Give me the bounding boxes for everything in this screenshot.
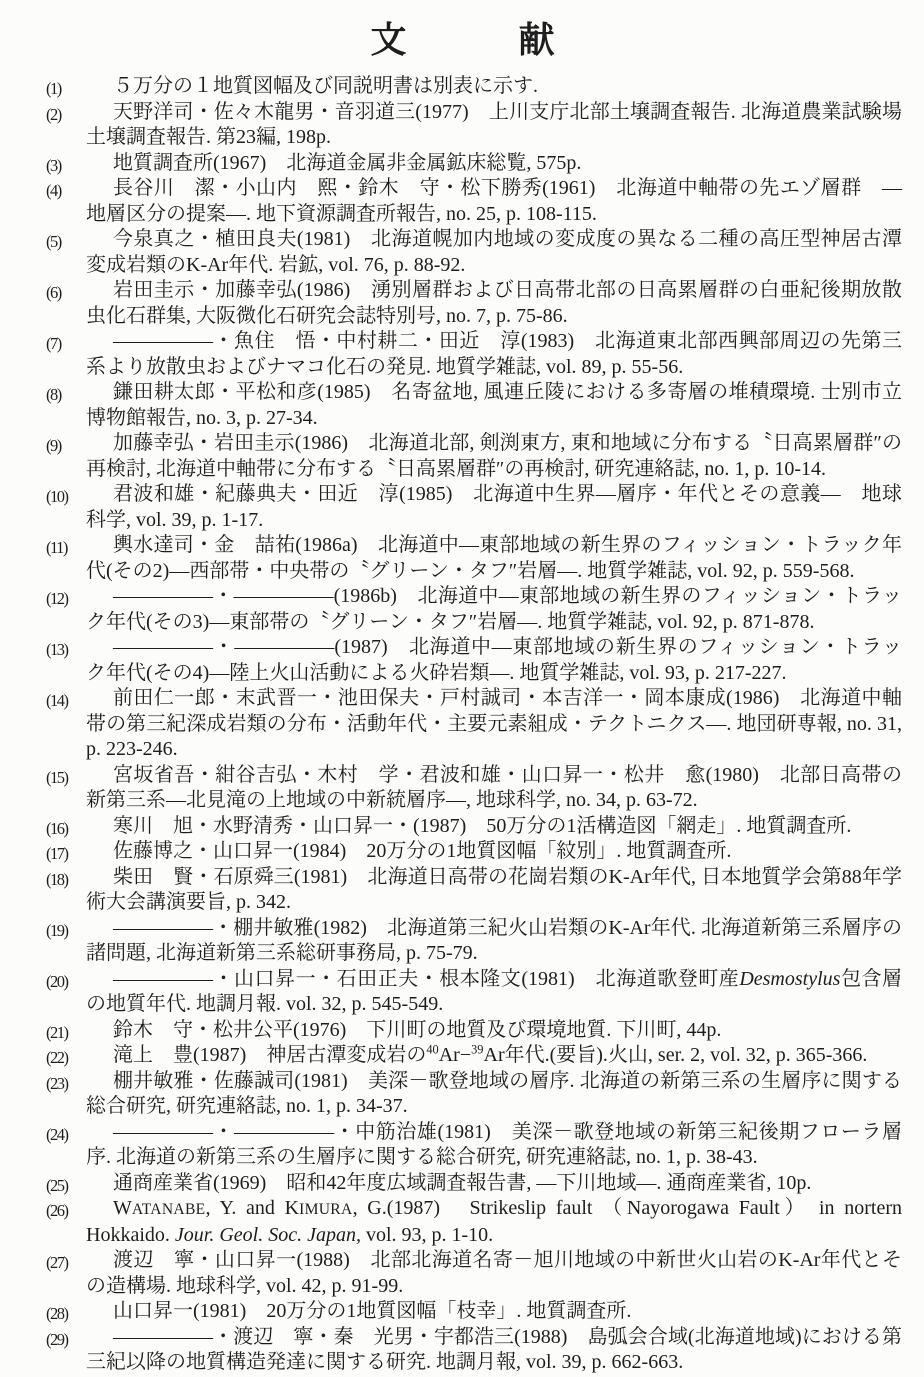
reference-text-run: 滝上 豊(1987) 神居古潭変成岩の <box>113 1044 426 1066</box>
reference-number: (17) <box>46 841 84 867</box>
reference-number: (29) <box>46 1327 84 1353</box>
reference-item: (5)今泉真之・植田良夫(1981) 北海道幌加内地域の変成度の異なる二種の高圧… <box>46 227 902 278</box>
reference-item: (22)滝上 豊(1987) 神居古潭変成岩の40Ar−39Ar年代.(要旨).… <box>46 1043 902 1069</box>
reference-number: (24) <box>46 1122 84 1148</box>
reference-text-run: 鎌田耕太郎・平松和彦(1985) 名寄盆地, 風連丘陵における多寄層の堆積環境.… <box>86 381 902 429</box>
reference-text-run: , Y. and K <box>206 1197 300 1219</box>
reference-text-run: IMURA <box>299 1201 352 1218</box>
reference-text: ―――――・山口昇一・石田正夫・根本隆文(1981) 北海道歌登町産Desmos… <box>86 968 902 1016</box>
reference-text-run: ―――――・渡辺 寧・秦 光男・宇都浩三(1988) 島弧会合域(北海道地域)に… <box>86 1326 902 1374</box>
reference-number: (15) <box>46 765 84 791</box>
reference-text-run: 40 <box>426 1042 438 1056</box>
reference-text-run: ５万分の１地質図幅及び同説明書は別表に示す. <box>113 75 538 97</box>
reference-text-run: 前田仁一郎・末武晋一・池田保夫・戸村誠司・本吉洋一・岡本康成(1986) 北海道… <box>86 687 902 760</box>
reference-text-run: 寒川 旭・水野清秀・山口昇一・(1987) 50万分の1活構造図「網走」. 地質… <box>113 815 851 837</box>
reference-item: (11)輿水達司・金 喆祐(1986a) 北海道中―東部地域の新生界のフィッショ… <box>46 533 902 584</box>
reference-number: (4) <box>46 178 84 204</box>
reference-number: (14) <box>46 688 84 714</box>
scanned-bibliography-page: { "page": { "title": "文 献", "background"… <box>0 0 924 1377</box>
reference-text-run: ATANABE <box>132 1201 206 1218</box>
reference-number: (5) <box>46 229 84 255</box>
reference-text-run: 棚井敏雅・佐藤誠司(1981) 美深－歌登地域の層序. 北海道の新第三系の生層序… <box>86 1070 902 1118</box>
reference-text: 今泉真之・植田良夫(1981) 北海道幌加内地域の変成度の異なる二種の高圧型神居… <box>86 228 902 276</box>
reference-item: (21)鈴木 守・松井公平(1976) 下川町の地質及び環境地質. 下川町, 4… <box>46 1018 902 1044</box>
reference-text: 加藤幸弘・岩田圭示(1986) 北海道北部, 剣渕東方, 東和地域に分布する〝日… <box>86 432 902 480</box>
reference-number: (27) <box>46 1250 84 1276</box>
reference-text-run: 長谷川 潔・小山内 熙・鈴木 守・松下勝秀(1961) 北海道中軸帯の先エゾ層群… <box>86 177 902 225</box>
reference-text: ５万分の１地質図幅及び同説明書は別表に示す. <box>113 75 538 97</box>
reference-item: (7)―――――・魚住 悟・中村耕二・田近 淳(1983) 北海道東北部西興部周… <box>46 329 902 380</box>
reference-text-run: vol. 93, p. 1-10. <box>361 1224 493 1246</box>
reference-text: 前田仁一郎・末武晋一・池田保夫・戸村誠司・本吉洋一・岡本康成(1986) 北海道… <box>86 687 902 760</box>
reference-item: (20)―――――・山口昇一・石田正夫・根本隆文(1981) 北海道歌登町産De… <box>46 967 902 1018</box>
reference-text-run: Ar− <box>439 1044 471 1066</box>
reference-text: 山口昇一(1981) 20万分の1地質図幅「枝幸」. 地質調査所. <box>113 1300 631 1322</box>
reference-number: (8) <box>46 382 84 408</box>
reference-item: (28)山口昇一(1981) 20万分の1地質図幅「枝幸」. 地質調査所. <box>46 1299 902 1325</box>
reference-text-run: 佐藤博之・山口昇一(1984) 20万分の1地質図幅「紋別」. 地質調査所. <box>113 840 731 862</box>
reference-text-run: ―――――・―――――(1987) 北海道中―東部地域の新生界のフィッション・ト… <box>86 636 902 684</box>
reference-text-run: 岩田圭示・加藤幸弘(1986) 湧別層群および日高帯北部の日高累層群の白亜紀後期… <box>86 279 902 327</box>
reference-text-run: 通商産業省(1969) 昭和42年度広域調査報告書, ―下川地域―. 通商産業省… <box>113 1172 811 1194</box>
reference-item: (9)加藤幸弘・岩田圭示(1986) 北海道北部, 剣渕東方, 東和地域に分布す… <box>46 431 902 482</box>
reference-item: (15)宮坂省吾・紺谷吉弘・木村 学・君波和雄・山口昇一・松井 愈(1980) … <box>46 763 902 814</box>
reference-text: ―――――・魚住 悟・中村耕二・田近 淳(1983) 北海道東北部西興部周辺の先… <box>86 330 902 378</box>
reference-item: (19)―――――・棚井敏雅(1982) 北海道第三紀火山岩類のK-Ar年代. … <box>46 916 902 967</box>
reference-number: (21) <box>46 1020 84 1046</box>
reference-text: ―――――・渡辺 寧・秦 光男・宇都浩三(1988) 島弧会合域(北海道地域)に… <box>86 1326 902 1374</box>
reference-text-run: 山口昇一(1981) 20万分の1地質図幅「枝幸」. 地質調査所. <box>113 1300 631 1322</box>
reference-item: (18)柴田 賢・石原舜三(1981) 北海道日高帯の花崗岩類のK-Ar年代, … <box>46 865 902 916</box>
reference-number: (25) <box>46 1173 84 1199</box>
reference-number: (26) <box>46 1198 84 1224</box>
reference-number: (16) <box>46 816 84 842</box>
reference-item: (14)前田仁一郎・末武晋一・池田保夫・戸村誠司・本吉洋一・岡本康成(1986)… <box>46 686 902 763</box>
reference-item: (24)―――――・―――――・中筋治雄(1981) 美深－歌登地域の新第三紀後… <box>46 1120 902 1171</box>
reference-text-run: 渡辺 寧・山口昇一(1988) 北部北海道名寄－旭川地域の中新世火山岩のK-Ar… <box>86 1249 902 1297</box>
reference-item: (13)―――――・―――――(1987) 北海道中―東部地域の新生界のフィッシ… <box>46 635 902 686</box>
reference-number: (11) <box>46 535 84 561</box>
reference-number: (3) <box>46 153 84 179</box>
reference-text-run: 39 <box>471 1042 483 1056</box>
reference-item: (29)―――――・渡辺 寧・秦 光男・宇都浩三(1988) 島弧会合域(北海道… <box>46 1325 902 1376</box>
reference-number: (7) <box>46 331 84 357</box>
reference-number: (6) <box>46 280 84 306</box>
reference-text: WATANABE, Y. and KIMURA, G.(1987) Strike… <box>86 1197 902 1246</box>
reference-text-run: Desmostylus <box>739 968 840 990</box>
reference-text: 棚井敏雅・佐藤誠司(1981) 美深－歌登地域の層序. 北海道の新第三系の生層序… <box>86 1070 902 1118</box>
reference-item: (1)５万分の１地質図幅及び同説明書は別表に示す. <box>46 74 902 100</box>
reference-number: (10) <box>46 484 84 510</box>
reference-text-run: 輿水達司・金 喆祐(1986a) 北海道中―東部地域の新生界のフィッション・トラ… <box>86 534 902 582</box>
reference-item: (10)君波和雄・紀藤典夫・田近 淳(1985) 北海道中生界―層序・年代とその… <box>46 482 902 533</box>
reference-text-run: 地質調査所(1967) 北海道金属非金属鉱床総覧, 575p. <box>113 152 581 174</box>
reference-number: (23) <box>46 1071 84 1097</box>
reference-text-run: 君波和雄・紀藤典夫・田近 淳(1985) 北海道中生界―層序・年代とその意義― … <box>86 483 902 531</box>
reference-item: (16)寒川 旭・水野清秀・山口昇一・(1987) 50万分の1活構造図「網走」… <box>46 814 902 840</box>
reference-text: ―――――・―――――・中筋治雄(1981) 美深－歌登地域の新第三紀後期フロー… <box>86 1121 902 1169</box>
reference-number: (9) <box>46 433 84 459</box>
reference-text: 天野洋司・佐々木龍男・音羽道三(1977) 上川支庁北部土壌調査報告. 北海道農… <box>86 101 902 149</box>
reference-text: 柴田 賢・石原舜三(1981) 北海道日高帯の花崗岩類のK-Ar年代, 日本地質… <box>86 866 902 914</box>
reference-text-run: Jour. Geol. Soc. Japan, <box>175 1224 361 1246</box>
reference-text-run: ―――――・―――――・中筋治雄(1981) 美深－歌登地域の新第三紀後期フロー… <box>86 1121 902 1169</box>
reference-item: (17)佐藤博之・山口昇一(1984) 20万分の1地質図幅「紋別」. 地質調査… <box>46 839 902 865</box>
reference-text-run: ―――――・魚住 悟・中村耕二・田近 淳(1983) 北海道東北部西興部周辺の先… <box>86 330 902 378</box>
page-title: 文 献 <box>46 20 880 60</box>
reference-text: ―――――・―――――(1986b) 北海道中―東部地域の新生界のフィッション・… <box>86 585 902 633</box>
reference-number: (28) <box>46 1301 84 1327</box>
reference-number: (22) <box>46 1045 84 1071</box>
reference-text-run: 宮坂省吾・紺谷吉弘・木村 学・君波和雄・山口昇一・松井 愈(1980) 北部日高… <box>86 764 902 812</box>
reference-text: 通商産業省(1969) 昭和42年度広域調査報告書, ―下川地域―. 通商産業省… <box>113 1172 811 1194</box>
reference-text: 佐藤博之・山口昇一(1984) 20万分の1地質図幅「紋別」. 地質調査所. <box>113 840 731 862</box>
reference-item: (4)長谷川 潔・小山内 熙・鈴木 守・松下勝秀(1961) 北海道中軸帯の先エ… <box>46 176 902 227</box>
reference-text-run: 今泉真之・植田良夫(1981) 北海道幌加内地域の変成度の異なる二種の高圧型神居… <box>86 228 902 276</box>
reference-text: 鈴木 守・松井公平(1976) 下川町の地質及び環境地質. 下川町, 44p. <box>113 1019 721 1041</box>
reference-item: (25)通商産業省(1969) 昭和42年度広域調査報告書, ―下川地域―. 通… <box>46 1171 902 1197</box>
reference-text: ―――――・棚井敏雅(1982) 北海道第三紀火山岩類のK-Ar年代. 北海道新… <box>86 917 902 965</box>
reference-list: (1)５万分の１地質図幅及び同説明書は別表に示す.(2)天野洋司・佐々木龍男・音… <box>46 74 902 1376</box>
reference-number: (20) <box>46 969 84 995</box>
reference-text: 鎌田耕太郎・平松和彦(1985) 名寄盆地, 風連丘陵における多寄層の堆積環境.… <box>86 381 902 429</box>
reference-text: 渡辺 寧・山口昇一(1988) 北部北海道名寄－旭川地域の中新世火山岩のK-Ar… <box>86 1249 902 1297</box>
reference-item: (12)―――――・―――――(1986b) 北海道中―東部地域の新生界のフィッ… <box>46 584 902 635</box>
reference-text-run: 柴田 賢・石原舜三(1981) 北海道日高帯の花崗岩類のK-Ar年代, 日本地質… <box>86 866 902 914</box>
reference-text: 宮坂省吾・紺谷吉弘・木村 学・君波和雄・山口昇一・松井 愈(1980) 北部日高… <box>86 764 902 812</box>
reference-text-run: 天野洋司・佐々木龍男・音羽道三(1977) 上川支庁北部土壌調査報告. 北海道農… <box>86 101 902 149</box>
reference-item: (26)WATANABE, Y. and KIMURA, G.(1987) St… <box>46 1196 902 1248</box>
reference-item: (27)渡辺 寧・山口昇一(1988) 北部北海道名寄－旭川地域の中新世火山岩の… <box>46 1248 902 1299</box>
reference-text: 滝上 豊(1987) 神居古潭変成岩の40Ar−39Ar年代.(要旨).火山, … <box>113 1044 867 1066</box>
reference-text: 地質調査所(1967) 北海道金属非金属鉱床総覧, 575p. <box>113 152 581 174</box>
reference-text: 輿水達司・金 喆祐(1986a) 北海道中―東部地域の新生界のフィッション・トラ… <box>86 534 902 582</box>
reference-text: ―――――・―――――(1987) 北海道中―東部地域の新生界のフィッション・ト… <box>86 636 902 684</box>
reference-text: 岩田圭示・加藤幸弘(1986) 湧別層群および日高帯北部の日高累層群の白亜紀後期… <box>86 279 902 327</box>
reference-number: (2) <box>46 102 84 128</box>
references-page: 文 献 (1)５万分の１地質図幅及び同説明書は別表に示す.(2)天野洋司・佐々木… <box>0 0 924 1377</box>
reference-text: 長谷川 潔・小山内 熙・鈴木 守・松下勝秀(1961) 北海道中軸帯の先エゾ層群… <box>86 177 902 225</box>
reference-item: (8)鎌田耕太郎・平松和彦(1985) 名寄盆地, 風連丘陵における多寄層の堆積… <box>46 380 902 431</box>
reference-number: (19) <box>46 918 84 944</box>
reference-text-run: Ar年代.(要旨).火山, ser. 2, vol. 32, p. 365-36… <box>484 1044 868 1066</box>
reference-item: (23)棚井敏雅・佐藤誠司(1981) 美深－歌登地域の層序. 北海道の新第三系… <box>46 1069 902 1120</box>
reference-item: (3)地質調査所(1967) 北海道金属非金属鉱床総覧, 575p. <box>46 151 902 177</box>
reference-text-run: ―――――・棚井敏雅(1982) 北海道第三紀火山岩類のK-Ar年代. 北海道新… <box>86 917 902 965</box>
reference-item: (6)岩田圭示・加藤幸弘(1986) 湧別層群および日高帯北部の日高累層群の白亜… <box>46 278 902 329</box>
reference-text: 君波和雄・紀藤典夫・田近 淳(1985) 北海道中生界―層序・年代とその意義― … <box>86 483 902 531</box>
reference-text-run: W <box>113 1197 132 1219</box>
reference-text-run: 加藤幸弘・岩田圭示(1986) 北海道北部, 剣渕東方, 東和地域に分布する〝日… <box>86 432 902 480</box>
reference-text: 寒川 旭・水野清秀・山口昇一・(1987) 50万分の1活構造図「網走」. 地質… <box>113 815 851 837</box>
reference-text-run: ―――――・山口昇一・石田正夫・根本隆文(1981) 北海道歌登町産 <box>113 968 739 990</box>
reference-text-run: ―――――・―――――(1986b) 北海道中―東部地域の新生界のフィッション・… <box>86 585 902 633</box>
reference-item: (2)天野洋司・佐々木龍男・音羽道三(1977) 上川支庁北部土壌調査報告. 北… <box>46 100 902 151</box>
reference-number: (12) <box>46 586 84 612</box>
reference-number: (18) <box>46 867 84 893</box>
reference-number: (1) <box>46 76 84 102</box>
reference-text-run: 鈴木 守・松井公平(1976) 下川町の地質及び環境地質. 下川町, 44p. <box>113 1019 721 1041</box>
reference-number: (13) <box>46 637 84 663</box>
